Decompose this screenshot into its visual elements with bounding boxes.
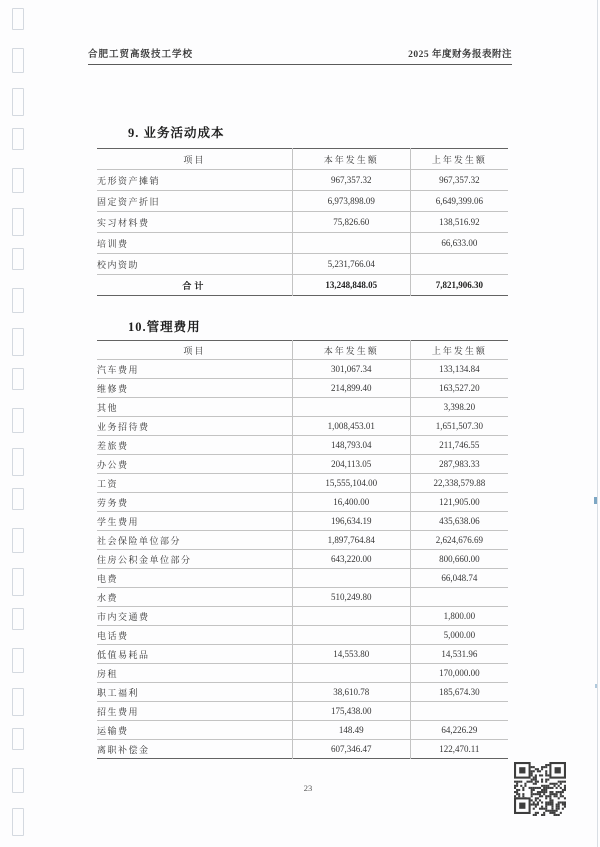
- prior-year-amount-cell: 22,338,579.88: [410, 474, 508, 493]
- prior-year-amount-cell: [410, 588, 508, 607]
- current-year-amount-cell: 1,897,764.84: [292, 531, 410, 550]
- prior-year-amount-cell: 211,746.55: [410, 436, 508, 455]
- binding-hole-mark: [12, 528, 24, 553]
- table-row: 运输费148.4964,226.29: [97, 721, 508, 740]
- total-row: 合计13,248,848.057,821,906.30: [97, 275, 508, 296]
- column-header-prior-year: 上年发生额: [410, 341, 508, 360]
- current-year-amount-cell: 196,634.19: [292, 512, 410, 531]
- item-name-cell: 汽车费用: [97, 360, 292, 379]
- current-year-amount-cell: 16,400.00: [292, 493, 410, 512]
- prior-year-amount-cell: 14,531.96: [410, 645, 508, 664]
- current-year-amount-cell: [292, 664, 410, 683]
- column-header-current-year: 本年发生额: [292, 341, 410, 360]
- table-row: 电话费5,000.00: [97, 626, 508, 645]
- item-name-cell: 差旅费: [97, 436, 292, 455]
- binding-hole-mark: [12, 88, 24, 116]
- table-row: 社会保险单位部分1,897,764.842,624,676.69: [97, 531, 508, 550]
- header-school-name: 合肥工贸高级技工学校: [88, 46, 193, 60]
- item-name-cell: 住房公积金单位部分: [97, 550, 292, 569]
- prior-year-amount-cell: 2,624,676.69: [410, 531, 508, 550]
- current-year-amount-cell: 967,357.32: [292, 170, 410, 191]
- current-year-amount-cell: 204,113.05: [292, 455, 410, 474]
- current-year-amount-cell: 38,610.78: [292, 683, 410, 702]
- prior-year-amount-cell: 967,357.32: [410, 170, 508, 191]
- prior-year-amount-cell: 287,983.33: [410, 455, 508, 474]
- binding-hole-mark: [12, 168, 24, 193]
- scan-speck: [594, 497, 597, 504]
- table-row: 校内资助5,231,766.04: [97, 254, 508, 275]
- current-year-amount-cell: 1,008,453.01: [292, 417, 410, 436]
- table-row: 固定资产折旧6,973,898.096,649,399.06: [97, 191, 508, 212]
- prior-year-amount-cell: 185,674.30: [410, 683, 508, 702]
- current-year-amount-cell: 643,220.00: [292, 550, 410, 569]
- item-name-cell: 离职补偿金: [97, 740, 292, 759]
- column-header-prior-year: 上年发生额: [410, 149, 508, 170]
- prior-year-amount-cell: 64,226.29: [410, 721, 508, 740]
- item-name-cell: 招生费用: [97, 702, 292, 721]
- binding-hole-mark: [12, 288, 24, 313]
- prior-year-amount-cell: 133,134.84: [410, 360, 508, 379]
- prior-year-amount-cell: [410, 702, 508, 721]
- item-name-cell: 运输费: [97, 721, 292, 740]
- scanned-document-page: 合肥工贸高级技工学校 2025 年度财务报表附注 9. 业务活动成本 项目本年发…: [0, 0, 600, 847]
- binding-hole-mark: [12, 208, 24, 236]
- prior-year-amount-cell: 6,649,399.06: [410, 191, 508, 212]
- prior-year-amount-cell: 122,470.11: [410, 740, 508, 759]
- current-year-amount-cell: 301,067.34: [292, 360, 410, 379]
- current-year-amount-cell: 14,553.80: [292, 645, 410, 664]
- table-row: 无形资产摊销967,357.32967,357.32: [97, 170, 508, 191]
- binding-hole-mark: [12, 648, 24, 673]
- table-row: 汽车费用301,067.34133,134.84: [97, 360, 508, 379]
- item-name-cell: 无形资产摊销: [97, 170, 292, 191]
- binding-hole-mark: [12, 248, 24, 270]
- section-9-title: 9. 业务活动成本: [128, 123, 225, 141]
- table-row: 电费66,048.74: [97, 569, 508, 588]
- table-row: 学生费用196,634.19435,638.06: [97, 512, 508, 531]
- current-year-amount-cell: [292, 607, 410, 626]
- item-name-cell: 业务招待费: [97, 417, 292, 436]
- page-number: 23: [0, 783, 600, 793]
- table-row: 维修费214,899.40163,527.20: [97, 379, 508, 398]
- binding-hole-mark: [12, 48, 24, 73]
- prior-year-amount-cell: 170,000.00: [410, 664, 508, 683]
- prior-year-amount-cell: 163,527.20: [410, 379, 508, 398]
- current-year-amount-cell: 148.49: [292, 721, 410, 740]
- prior-year-amount-cell: 66,048.74: [410, 569, 508, 588]
- binding-hole-mark: [12, 488, 24, 510]
- table-row: 其他3,398.20: [97, 398, 508, 417]
- page-header: 合肥工贸高级技工学校 2025 年度财务报表附注: [88, 46, 512, 65]
- total-label-cell: 合计: [97, 275, 292, 296]
- binding-hole-mark: [12, 128, 24, 150]
- table-row: 实习材料费75,826.60138,516.92: [97, 212, 508, 233]
- binding-hole-mark: [12, 568, 24, 596]
- total-prior-year-cell: 7,821,906.30: [410, 275, 508, 296]
- current-year-amount-cell: [292, 233, 410, 254]
- prior-year-amount-cell: 121,905.00: [410, 493, 508, 512]
- item-name-cell: 水费: [97, 588, 292, 607]
- table-row: 市内交通费1,800.00: [97, 607, 508, 626]
- item-name-cell: 其他: [97, 398, 292, 417]
- prior-year-amount-cell: 800,660.00: [410, 550, 508, 569]
- table-row: 业务招待费1,008,453.011,651,507.30: [97, 417, 508, 436]
- table-row: 职工福利38,610.78185,674.30: [97, 683, 508, 702]
- prior-year-amount-cell: [410, 254, 508, 275]
- binding-hole-mark: [12, 688, 24, 716]
- table-row: 项目本年发生额上年发生额: [97, 341, 508, 360]
- prior-year-amount-cell: 3,398.20: [410, 398, 508, 417]
- item-name-cell: 职工福利: [97, 683, 292, 702]
- binding-hole-mark: [12, 448, 24, 476]
- business-activity-cost-table: 项目本年发生额上年发生额无形资产摊销967,357.32967,357.32固定…: [97, 148, 508, 296]
- total-current-year-cell: 13,248,848.05: [292, 275, 410, 296]
- item-name-cell: 培训费: [97, 233, 292, 254]
- current-year-amount-cell: [292, 569, 410, 588]
- item-name-cell: 学生费用: [97, 512, 292, 531]
- item-name-cell: 实习材料费: [97, 212, 292, 233]
- binding-hole-mark: [12, 328, 24, 356]
- current-year-amount-cell: 148,793.04: [292, 436, 410, 455]
- section-10-title: 10.管理费用: [128, 317, 201, 335]
- current-year-amount-cell: 175,438.00: [292, 702, 410, 721]
- binding-hole-mark: [12, 368, 24, 390]
- table-row: 劳务费16,400.00121,905.00: [97, 493, 508, 512]
- binding-hole-mark: [12, 808, 24, 836]
- table-row: 低值易耗品14,553.8014,531.96: [97, 645, 508, 664]
- table-row: 差旅费148,793.04211,746.55: [97, 436, 508, 455]
- current-year-amount-cell: 6,973,898.09: [292, 191, 410, 212]
- binding-hole-mark: [12, 408, 24, 433]
- table-row: 离职补偿金607,346.47122,470.11: [97, 740, 508, 759]
- current-year-amount-cell: 510,249.80: [292, 588, 410, 607]
- item-name-cell: 电话费: [97, 626, 292, 645]
- current-year-amount-cell: 607,346.47: [292, 740, 410, 759]
- column-header-current-year: 本年发生额: [292, 149, 410, 170]
- prior-year-amount-cell: 1,651,507.30: [410, 417, 508, 436]
- scan-speck: [595, 684, 597, 688]
- current-year-amount-cell: [292, 398, 410, 417]
- management-expense-table: 项目本年发生额上年发生额汽车费用301,067.34133,134.84维修费2…: [97, 340, 508, 759]
- qr-code: [514, 762, 566, 817]
- prior-year-amount-cell: 1,800.00: [410, 607, 508, 626]
- table-row: 办公费204,113.05287,983.33: [97, 455, 508, 474]
- prior-year-amount-cell: 435,638.06: [410, 512, 508, 531]
- item-name-cell: 低值易耗品: [97, 645, 292, 664]
- current-year-amount-cell: 75,826.60: [292, 212, 410, 233]
- item-name-cell: 市内交通费: [97, 607, 292, 626]
- item-name-cell: 电费: [97, 569, 292, 588]
- current-year-amount-cell: 5,231,766.04: [292, 254, 410, 275]
- item-name-cell: 办公费: [97, 455, 292, 474]
- table-row: 工资15,555,104.0022,338,579.88: [97, 474, 508, 493]
- current-year-amount-cell: [292, 626, 410, 645]
- column-header-item: 项目: [97, 341, 292, 360]
- table-row: 项目本年发生额上年发生额: [97, 149, 508, 170]
- prior-year-amount-cell: 138,516.92: [410, 212, 508, 233]
- item-name-cell: 房租: [97, 664, 292, 683]
- item-name-cell: 校内资助: [97, 254, 292, 275]
- table-row: 培训费66,633.00: [97, 233, 508, 254]
- table-row: 水费510,249.80: [97, 588, 508, 607]
- item-name-cell: 工资: [97, 474, 292, 493]
- item-name-cell: 维修费: [97, 379, 292, 398]
- item-name-cell: 劳务费: [97, 493, 292, 512]
- table-row: 住房公积金单位部分643,220.00800,660.00: [97, 550, 508, 569]
- current-year-amount-cell: 15,555,104.00: [292, 474, 410, 493]
- column-header-item: 项目: [97, 149, 292, 170]
- prior-year-amount-cell: 5,000.00: [410, 626, 508, 645]
- item-name-cell: 社会保险单位部分: [97, 531, 292, 550]
- binding-hole-mark: [12, 608, 24, 630]
- page-edge-line: [597, 0, 598, 847]
- current-year-amount-cell: 214,899.40: [292, 379, 410, 398]
- prior-year-amount-cell: 66,633.00: [410, 233, 508, 254]
- header-report-title: 2025 年度财务报表附注: [408, 46, 512, 60]
- binding-hole-mark: [12, 8, 24, 30]
- binding-hole-mark: [12, 728, 24, 750]
- item-name-cell: 固定资产折旧: [97, 191, 292, 212]
- table-row: 招生费用175,438.00: [97, 702, 508, 721]
- table-row: 房租170,000.00: [97, 664, 508, 683]
